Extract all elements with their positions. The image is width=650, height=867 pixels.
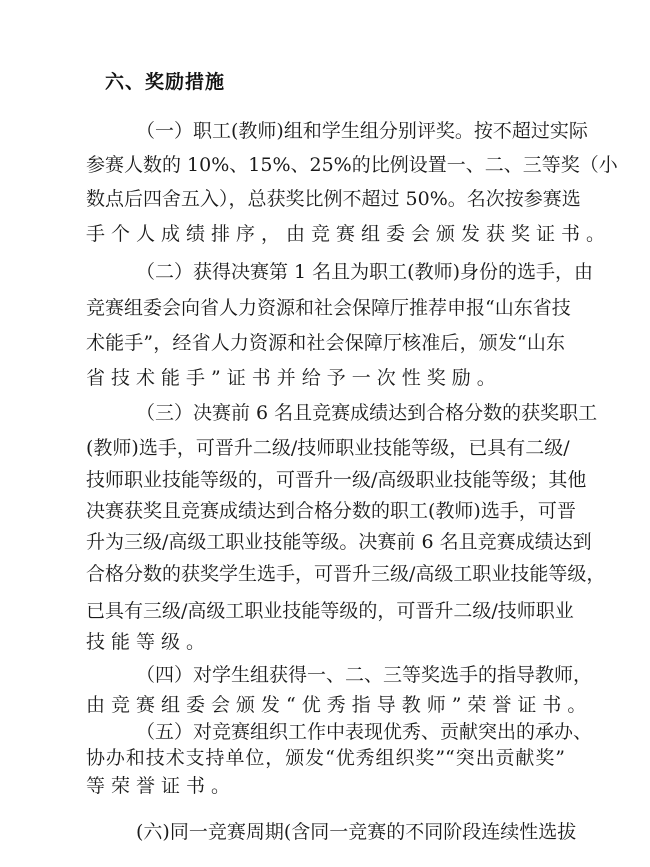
- text-line: 合格分数的获奖学生选手，可晋升三级/高级工职业技能等级，: [86, 559, 565, 589]
- text-line: 升为三级/高级工职业技能等级。决赛前 6 名且竞赛成绩达到: [86, 527, 565, 557]
- text-line: 技能等级。: [86, 627, 565, 657]
- text-line: (教师)选手，可晋升二级/技师职业技能等级，已具有二级/: [86, 433, 565, 463]
- text-line: 手个人成绩排序，由竞赛组委会颁发获奖证书。: [86, 219, 565, 249]
- text-line: 省技术能手”证书并给予一次性奖励。: [86, 363, 565, 393]
- text-line: 已具有三级/高级工职业技能等级的，可晋升二级/技师职业: [86, 596, 565, 626]
- text-line: 由竞赛组委会颁发“优秀指导教师”荣誉证书。: [86, 690, 565, 720]
- text-line: （四）对学生组获得一、二、三等奖选手的指导教师，: [136, 660, 565, 690]
- text-line: （一）职工(教师)组和学生组分别评奖。按不超过实际: [136, 116, 565, 146]
- text-line: 参赛人数的 10%、15%、25%的比例设置一、二、三等奖（小: [86, 150, 565, 180]
- text-line: 等荣誉证书。: [86, 771, 565, 801]
- text-line: 技师职业技能等级的，可晋升一级/高级职业技能等级；其他: [86, 465, 565, 495]
- text-line: 决赛获奖且竞赛成绩达到合格分数的职工(教师)选手，可晋: [86, 496, 565, 526]
- text-line: 术能手”，经省人力资源和社会保障厅核准后，颁发“山东: [86, 328, 565, 358]
- document-page: 六、奖励措施 （一）职工(教师)组和学生组分别评奖。按不超过实际 参赛人数的 1…: [0, 0, 650, 867]
- text-line: （三）决赛前 6 名且竞赛成绩达到合格分数的获奖职工: [136, 398, 565, 428]
- section-title: 六、奖励措施: [105, 67, 225, 94]
- text-line: （二）获得决赛第 1 名且为职工(教师)身份的选手，由: [136, 257, 565, 287]
- text-line: 协办和技术支持单位，颁发“优秀组织奖”“突出贡献奖”: [86, 743, 565, 773]
- text-line: (六)同一竞赛周期(含同一竞赛的不同阶段连续性选拔: [136, 817, 565, 847]
- text-line: 数点后四舍五入），总获奖比例不超过 50%。名次按参赛选: [86, 184, 565, 214]
- text-line: 竞赛组委会向省人力资源和社会保障厅推荐申报“山东省技: [86, 293, 565, 323]
